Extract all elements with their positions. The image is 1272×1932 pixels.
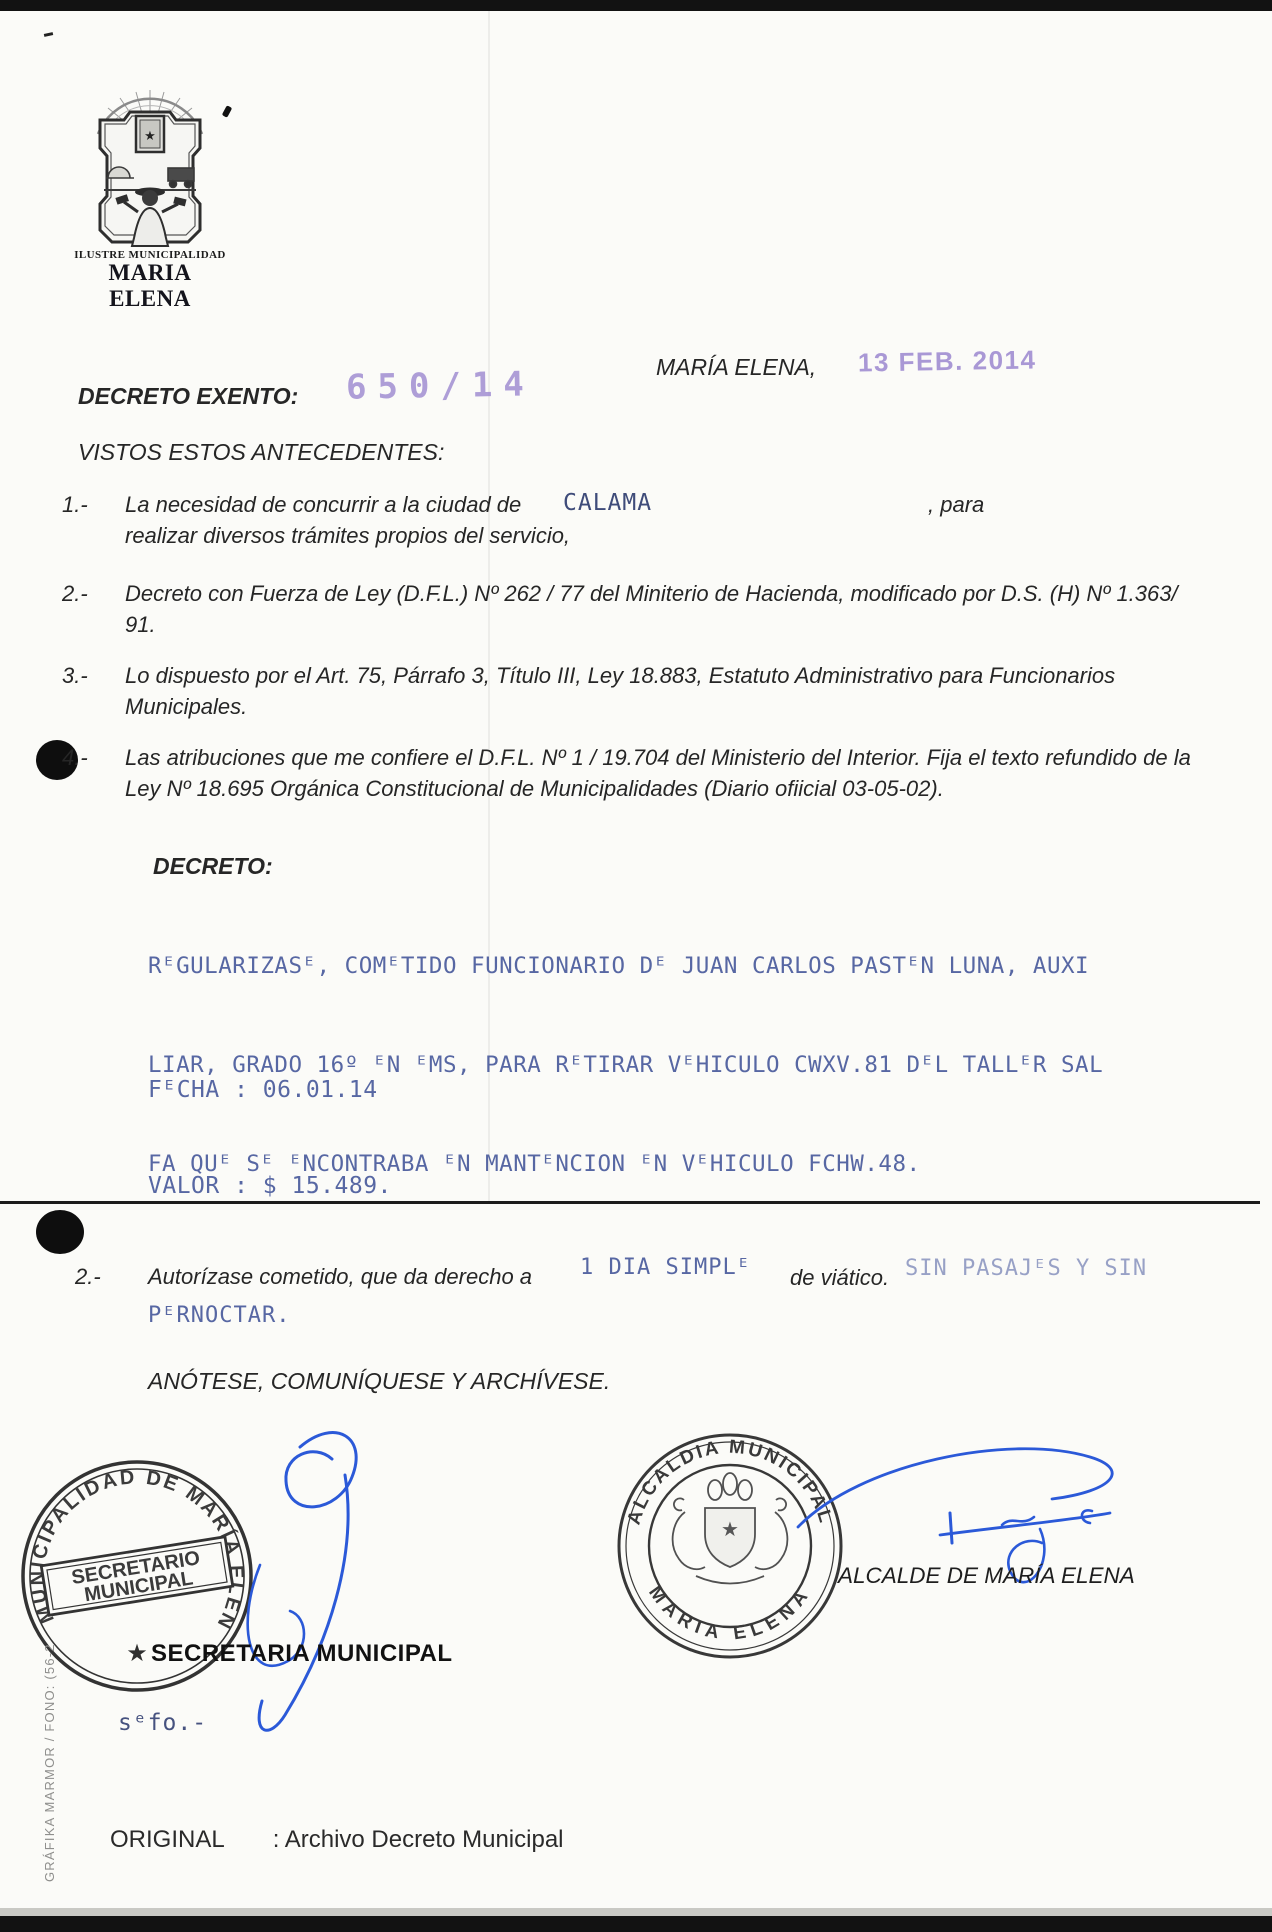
item-1-number: 1.- [62,489,88,520]
secretary-stamp-star-icon: ★ [126,1640,148,1667]
vistos-intro: VISTOS ESTOS ANTECEDENTES: [78,437,444,468]
resolution-text-before: Autorízase cometido, que da derecho a [148,1261,532,1292]
decree-number-stamp: 650/14 [346,364,535,407]
coat-of-arms-star-icon: ★ [721,1519,739,1541]
item-1-text-after: , para [928,489,984,520]
item-2-text: Decreto con Fuerza de Ley (D.F.L.) Nº 26… [125,578,1200,640]
item-2-number: 2.- [62,578,88,609]
fecha-line: FᴱCHA : 06.01.14 [148,1074,392,1106]
item-4-text: Las atribuciones que me confiere el D.F.… [125,742,1200,804]
item-1-text-before: La necesidad de concurrir a la ciudad de [125,489,521,520]
printer-side-note: GRÁFIKA MARMOR / FONO: (56-2 [42,1322,57,1882]
original-distribution-line: ORIGINAL: Archivo Decreto Municipal [110,1826,564,1854]
scanned-decree-page: ★ ILUSTRE MUNICIPALIDAD MARIA ELENA DECR… [0,0,1272,1932]
typist-initials: sᵉfo.- [118,1710,207,1736]
municipal-seal-graphic: ★ [86,80,214,248]
decree-exento-label: DECRETO EXENTO: [78,381,298,412]
resolution-typed-note1: SIN PASAJᴱS Y SIN [905,1256,1147,1281]
ink-speck [44,32,53,37]
section-divider [0,1201,1260,1204]
item-1-typed-city: CALAMA [563,490,652,516]
item-3-text: Lo dispuesto por el Art. 75, Párrafo 3, … [125,660,1200,722]
item-4-number: 4.- [62,742,88,773]
resolution-number: 2.- [75,1261,101,1292]
resolution-typed-note2: PᴱRNOCTAR. [148,1303,290,1328]
original-value: : Archivo Decreto Municipal [273,1826,564,1853]
closing-formula: ANÓTESE, COMUNÍQUESE Y ARCHÍVESE. [148,1366,610,1397]
ink-speck [222,105,232,118]
secretary-title: SECRETARIA MUNICIPAL [151,1640,453,1668]
item-3-number: 3.- [62,660,88,691]
mayor-signature-graphic [780,1425,1210,1635]
punch-hole [36,1210,84,1254]
mayor-title: ALCALDE DE MARÍA ELENA [838,1560,1135,1591]
item-1-line2: realizar diversos trámites propios del s… [125,520,570,551]
valor-line: VALOR : $ 15.489. [148,1170,392,1202]
original-label: ORIGINAL [110,1826,225,1853]
seal-star-icon: ★ [144,128,156,143]
resolution-text-middle: de viático. [790,1262,889,1293]
scan-edge-top [0,0,1272,11]
scan-edge-bottom [0,1916,1272,1932]
scan-shadow-bottom [0,1908,1272,1916]
decreto-label: DECRETO: [153,851,273,882]
place-line: MARÍA ELENA, [656,352,816,383]
resolution-typed-duration: 1 DIA SIMPLᴱ [580,1255,751,1280]
seal-org-line2: MARIA ELENA [70,260,230,312]
date-stamp: 13 FEB. 2014 [858,344,1037,378]
decreto-body-line1: RᴱGULARIZASᴱ, COMᴱTIDO FUNCIONARIO Dᴱ JU… [148,950,1103,983]
seal-niche: ★ [136,116,164,152]
secretary-signature-graphic [190,1415,400,1755]
